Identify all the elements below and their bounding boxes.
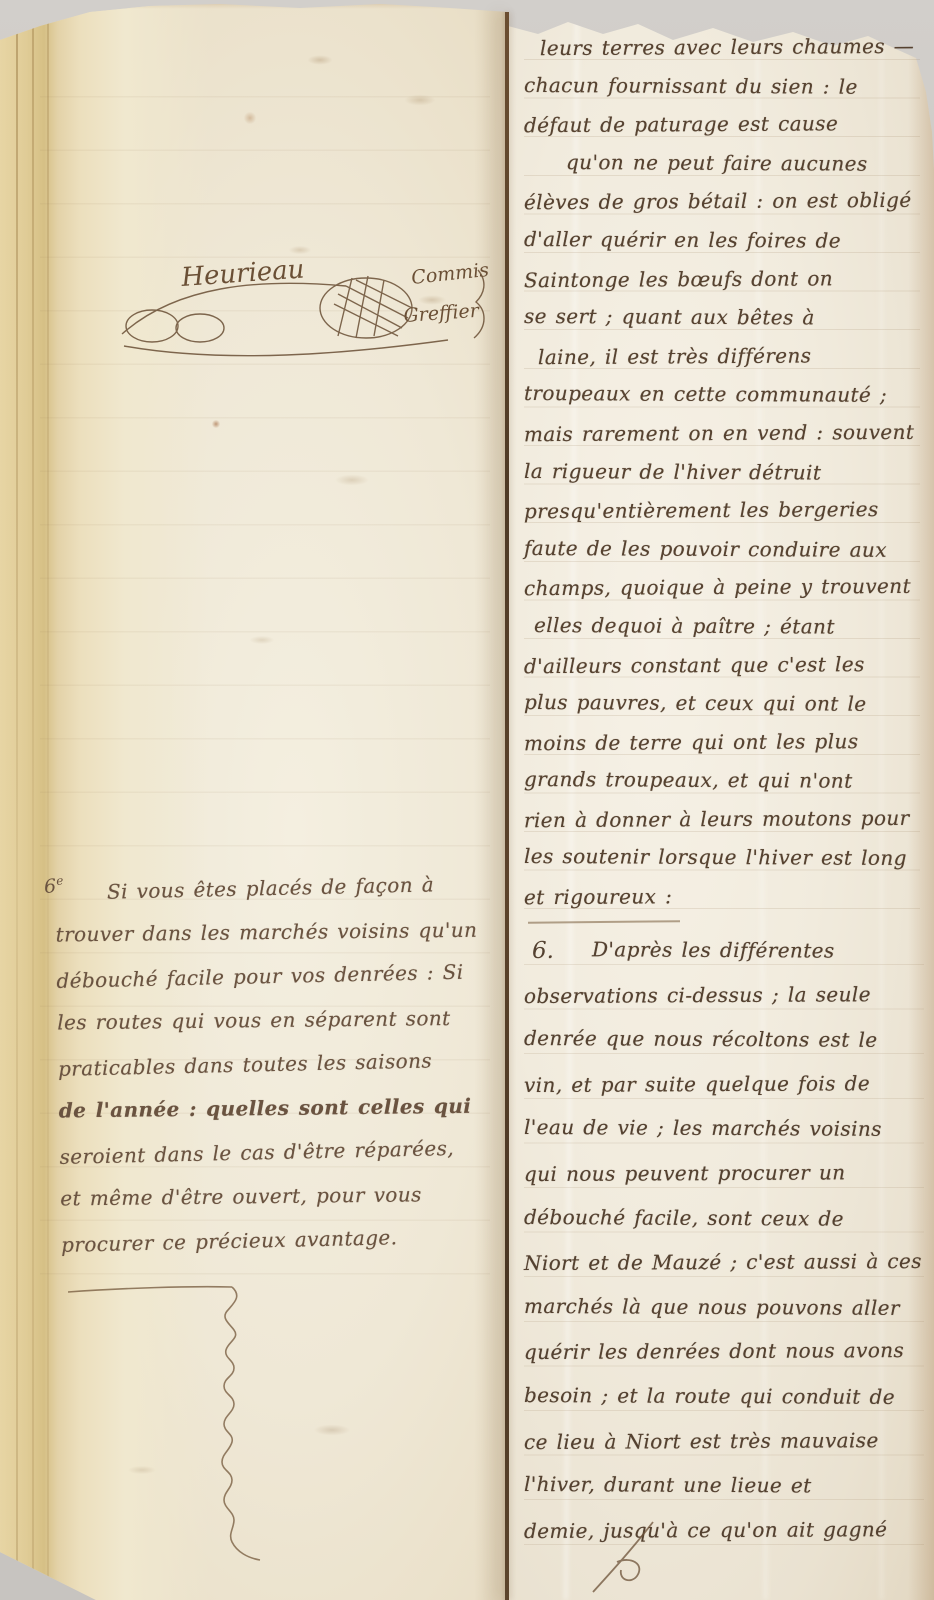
text-line: mais rarement on en vend : souvent (524, 413, 920, 454)
signature-title-2: Greffier (403, 300, 482, 327)
text-line: Si vous êtes placés de façon à (54, 861, 487, 915)
text-line: ce lieu à Niort est très mauvaise (524, 1417, 924, 1464)
text-line: faute de les pouvoir conduire aux (524, 529, 920, 570)
text-line: marchés là que nous pouvons aller (524, 1284, 924, 1331)
text-line: procurer ce précieux avantage. (61, 1213, 494, 1267)
void-closing-squiggle (68, 1276, 268, 1596)
right-page-top-edge (508, 0, 934, 13)
text-line: de l'année : quelles sont celles qui (59, 1084, 491, 1133)
text-line: quérir les denrées dont nous avons (524, 1328, 924, 1375)
signature-title-1: Commis (410, 259, 490, 289)
text-line: Niort et de Mauzé ; c'est aussi à ces (524, 1239, 924, 1286)
text-line: denrée que nous récoltons est le (524, 1016, 924, 1063)
text-line: vin, et par suite quelque fois de (524, 1061, 924, 1108)
text-line: presqu'entièrement les bergeries (524, 490, 920, 531)
text-line: élèves de gros bétail : on est obligé (524, 181, 920, 222)
text-line: l'eau de vie ; les marchés voisins (524, 1105, 924, 1152)
text-line: chacun fournissant du sien : le (524, 66, 920, 107)
text-line: champs, quoique à peine y trouvent (524, 567, 920, 608)
text-line: débouché facile pour vos denrées : Si (56, 949, 489, 1003)
text-line: rien à donner à leurs moutons pour (524, 799, 920, 840)
answer-paragraph-continuation: leurs terres avec leurs chaumes —chacun … (524, 28, 920, 916)
text-line: Saintonge les bœufs dont on (524, 258, 920, 299)
clerk-signature-flourish: Heurieau Commis Greffier (116, 244, 490, 364)
text-line: grands troupeaux, et qui n'ont (524, 760, 920, 801)
text-line: seroient dans le cas d'être réparées, (59, 1125, 492, 1179)
signature-name: Heurieau (179, 254, 305, 293)
text-line: d'ailleurs constant que c'est les (524, 644, 920, 685)
text-line: troupeaux en cette communauté ; (524, 374, 920, 415)
gutter-shadow (474, 0, 508, 1600)
text-line: d'aller quérir en les foires de (524, 220, 920, 261)
text-line: besoin ; et la route qui conduit de (524, 1373, 924, 1420)
book-gutter-fold-line (505, 12, 509, 1600)
text-line: qui nous peuvent procurer un (524, 1150, 924, 1197)
text-line: la rigueur de l'hiver détruit (524, 451, 920, 492)
answer-paragraph-six: D'après les différentesobservations ci-d… (524, 928, 924, 1552)
text-line: l'hiver, durant une lieue et (524, 1462, 924, 1509)
text-line: leurs terres avec leurs chaumes — (540, 27, 920, 68)
text-line: plus pauvres, et ceux qui ont le (524, 683, 920, 724)
text-line: trouver dans les marchés voisins qu'un (55, 908, 487, 957)
text-line: défaut de paturage est cause (524, 104, 920, 145)
pen-flourish-mark (583, 1518, 679, 1598)
manuscript-photo: Heurieau Commis Greffier 6e Si vous êtes… (0, 0, 934, 1600)
text-line: et même d'être ouvert, pour vous (60, 1172, 492, 1221)
text-line: les routes qui vous en séparent sont (57, 996, 489, 1045)
text-line: praticables dans toutes les saisons (58, 1037, 491, 1091)
text-line: D'après les différentes (524, 927, 924, 974)
text-line: moins de terre qui ont les plus (524, 721, 920, 762)
text-line: et rigoureux : (524, 876, 920, 917)
question-paragraph: Si vous êtes placés de façon àtrouver da… (55, 862, 494, 1265)
text-line: elles dequoi à paître ; étant (534, 606, 920, 647)
text-line: se sert ; quant aux bêtes à (524, 297, 920, 338)
text-line: laine, il est très différens (538, 336, 920, 377)
text-line: qu'on ne peut faire aucunes (566, 143, 920, 183)
text-line: observations ci-dessus ; la seule (524, 972, 924, 1019)
text-line: les soutenir lorsque l'hiver est long (524, 837, 920, 878)
text-line: débouché facile, sont ceux de (524, 1195, 924, 1242)
